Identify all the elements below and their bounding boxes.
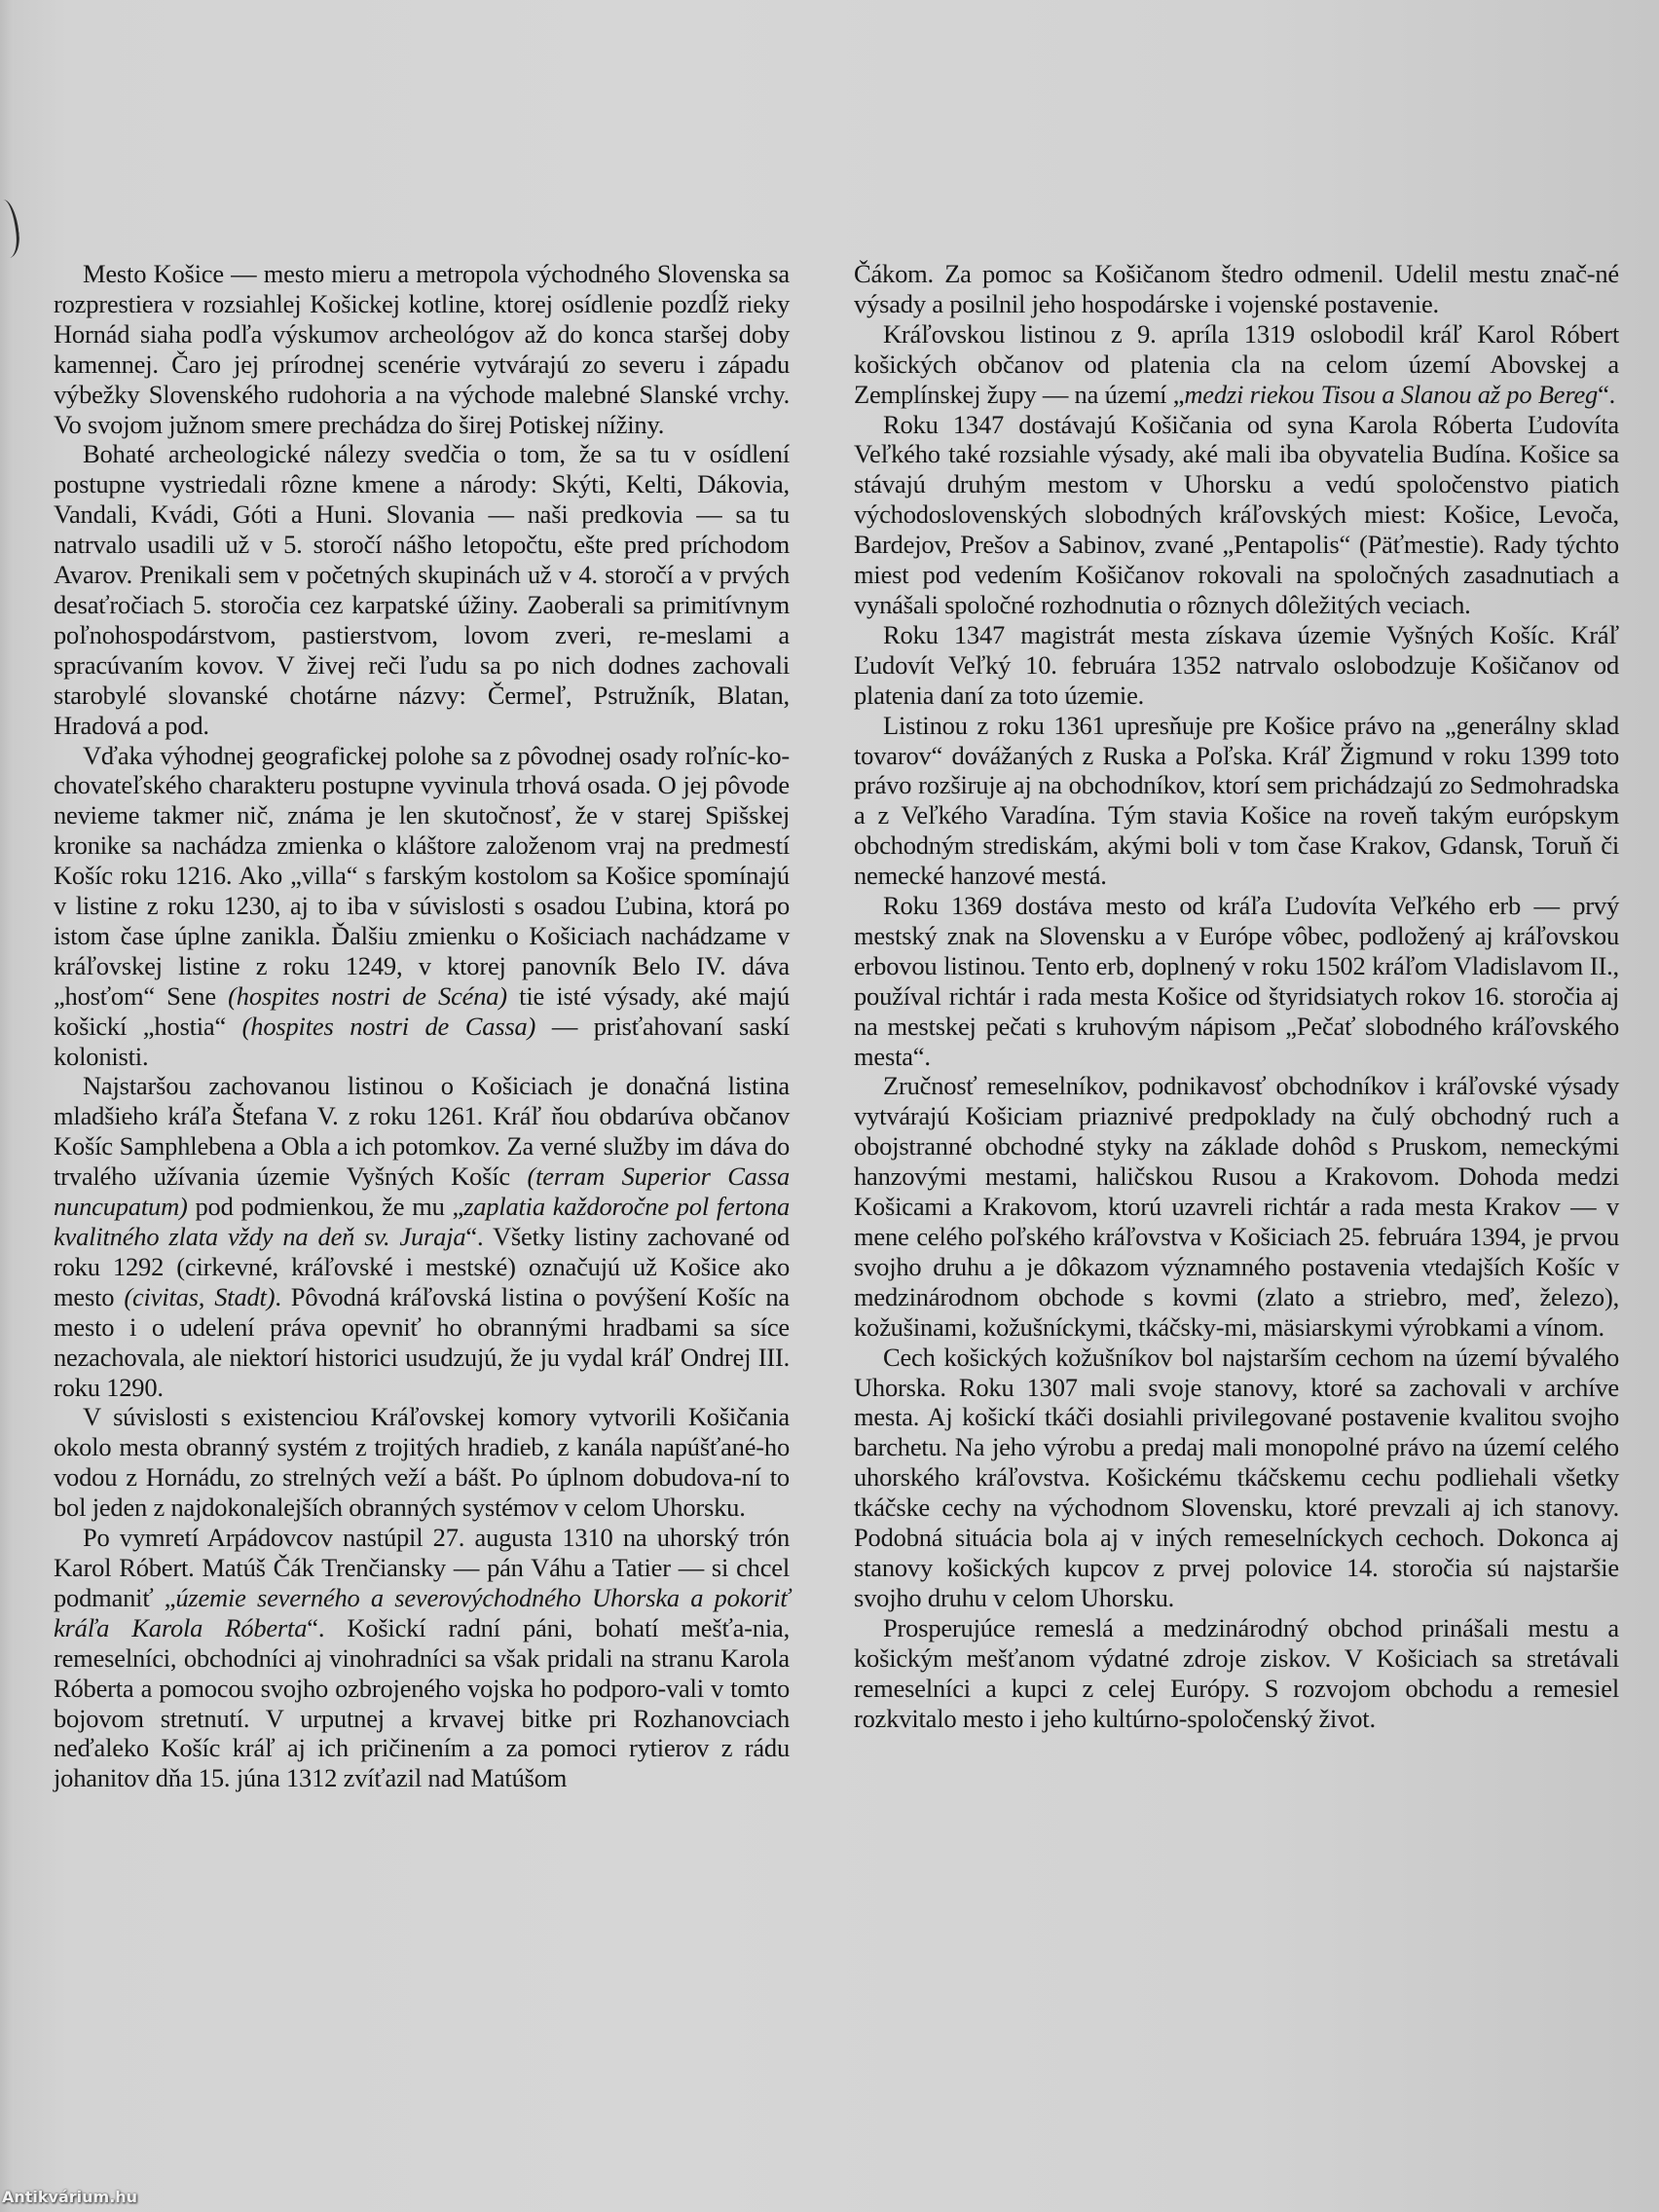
paragraph: Roku 1347 dostávajú Košičania od syna Ka… (854, 410, 1619, 620)
text-run: Čákom. Za pomoc sa Košičanom štedro odme… (854, 259, 1619, 318)
paragraph: Cech košických kožušníkov bol najstarším… (854, 1343, 1619, 1613)
italic-quote: (hospites nostri de Scéna) (228, 981, 507, 1011)
text-run: Bohaté archeologické nálezy svedčia o to… (54, 439, 790, 739)
paragraph: Kráľovskou listinou z 9. apríla 1319 osl… (854, 319, 1619, 410)
paragraph: Listinou z roku 1361 upresňuje pre Košic… (854, 711, 1619, 891)
text-run: Listinou z roku 1361 upresňuje pre Košic… (854, 711, 1619, 891)
watermark-logo: Antikvárium.hu (2, 2188, 137, 2206)
paragraph: V súvislosti s existenciou Kráľovskej ko… (54, 1402, 790, 1523)
text-run: Prosperujúce remeslá a medzinárodný obch… (854, 1613, 1619, 1733)
italic-quote: medzi riekou Tisou a Slanou až po Bereg (1184, 380, 1598, 409)
paragraph: Po vymretí Arpádovcov nastúpil 27. augus… (54, 1523, 790, 1793)
text-run: Roku 1347 magistrát mesta získava územie… (854, 620, 1619, 710)
text-run: V súvislosti s existenciou Kráľovskej ko… (54, 1402, 790, 1522)
paragraph: Najstaršou zachovanou listinou o Košicia… (54, 1071, 790, 1402)
paragraph: Roku 1347 magistrát mesta získava územie… (854, 620, 1619, 711)
paragraph: Čákom. Za pomoc sa Košičanom štedro odme… (854, 259, 1619, 319)
text-run: Vďaka výhodnej geografickej polohe sa z … (54, 741, 790, 1011)
text-run: Roku 1369 dostáva mesto od kráľa Ľudovít… (854, 891, 1619, 1071)
text-run: Zručnosť remeselníkov, podnikavosť obcho… (854, 1071, 1619, 1341)
binding-curve-mark (0, 199, 21, 259)
italic-quote: (civitas, Stadt) (124, 1282, 275, 1311)
text-run: Cech košických kožušníkov bol najstarším… (854, 1343, 1619, 1612)
text-run: pod podmienkou, že mu „ (188, 1192, 463, 1221)
page-gutter-edge (0, 0, 14, 2212)
text-column-left: Mesto Košice — mesto mieru a metropola v… (54, 259, 790, 1793)
text-run: Mesto Košice — mesto mieru a metropola v… (54, 259, 790, 439)
paragraph: Prosperujúce remeslá a medzinárodný obch… (854, 1613, 1619, 1734)
paragraph: Roku 1369 dostáva mesto od kráľa Ľudovít… (854, 891, 1619, 1071)
italic-quote: (hospites nostri de Cassa) (242, 1012, 536, 1041)
text-column-right: Čákom. Za pomoc sa Košičanom štedro odme… (854, 259, 1619, 1733)
text-run: “. (1598, 380, 1615, 409)
paragraph: Zručnosť remeselníkov, podnikavosť obcho… (854, 1071, 1619, 1342)
paragraph: Vďaka výhodnej geografickej polohe sa z … (54, 741, 790, 1072)
paragraph: Mesto Košice — mesto mieru a metropola v… (54, 259, 790, 439)
text-run: Roku 1347 dostávajú Košičania od syna Ka… (854, 410, 1619, 619)
paragraph: Bohaté archeologické nálezy svedčia o to… (54, 439, 790, 740)
